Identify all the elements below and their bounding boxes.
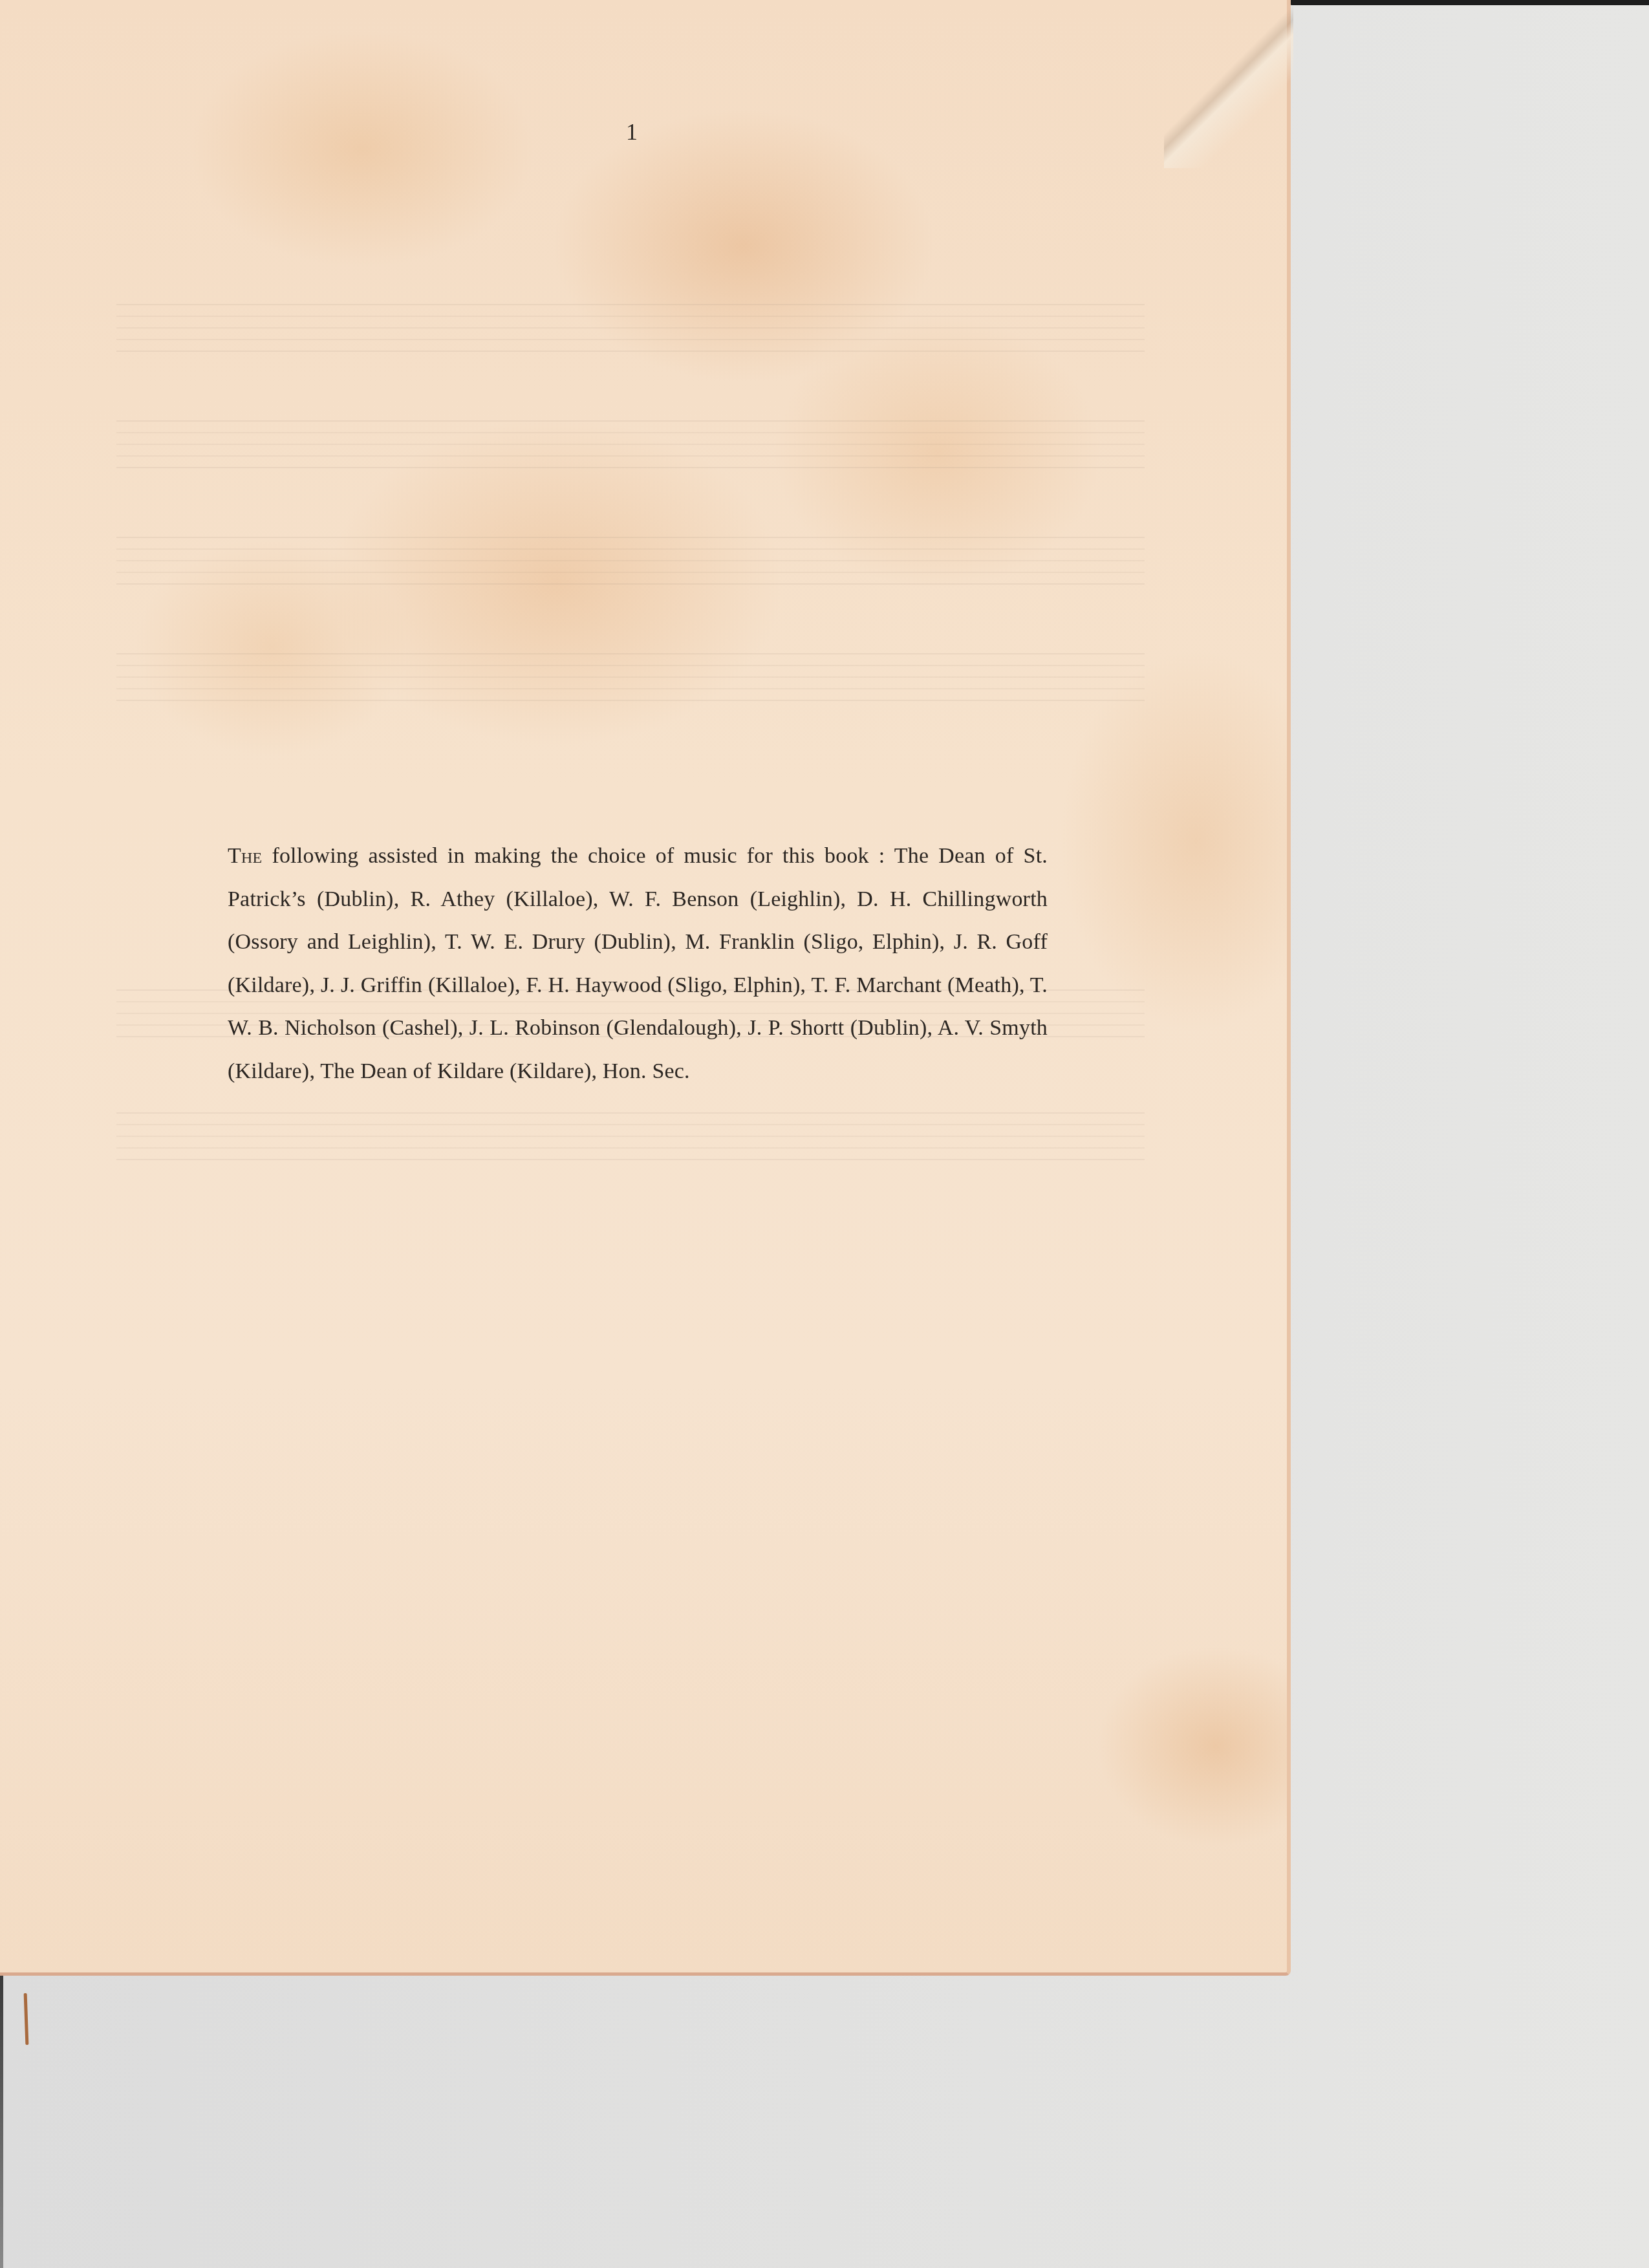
rust-mark: [24, 1993, 29, 2045]
bleed-through-music-staff: [116, 304, 1145, 352]
page-number: 1: [626, 118, 638, 146]
bleed-through-music-staff: [116, 653, 1145, 701]
scanner-lid-edge: [1287, 0, 1649, 5]
acknowledgement-paragraph: The following assisted in making the cho…: [228, 835, 1048, 1093]
bleed-through-music-staff: [116, 1112, 1145, 1160]
bleed-through-music-staff: [116, 420, 1145, 468]
dog-ear-fold: [1164, 0, 1293, 168]
scanner-bed-edge: [0, 1976, 3, 2268]
lead-word: The: [228, 844, 262, 868]
acknowledgement-text: following assisted in making the choice …: [228, 844, 1048, 1083]
scanned-page: 1 The following assisted in making the c…: [0, 0, 1291, 1976]
bleed-through-music-staff: [116, 537, 1145, 585]
